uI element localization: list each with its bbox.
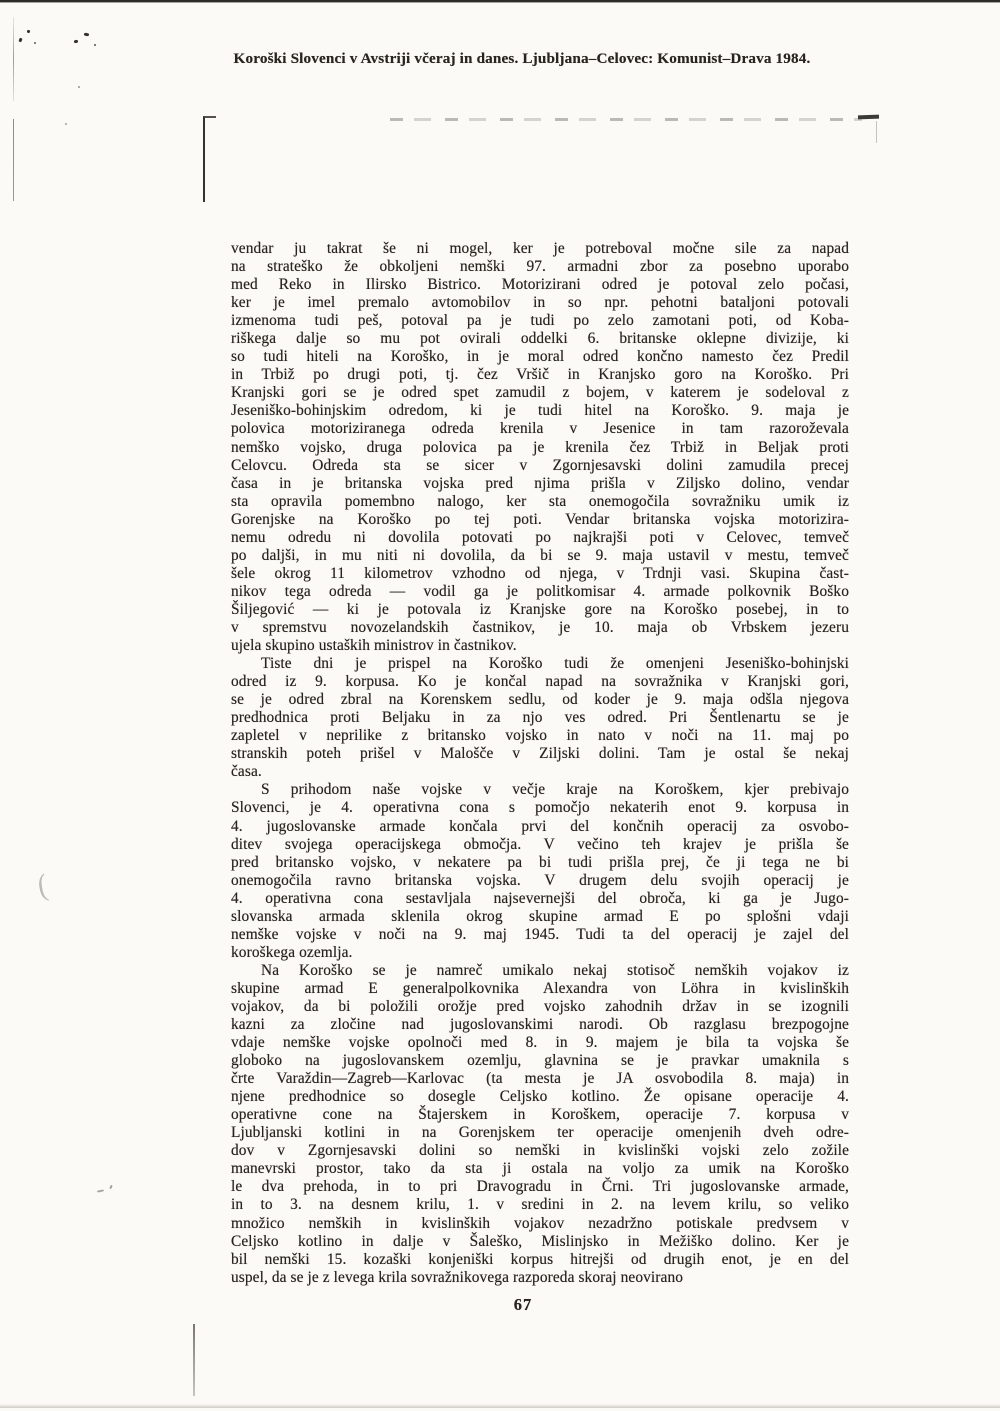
text-line: Celovcu. Odreda sta se sicer v Zgornjesa… <box>231 457 849 475</box>
left-margin-line-lower <box>13 119 14 201</box>
text-line: dov v Zgornjesavski dolini so nemški in … <box>231 1142 849 1160</box>
text-line: skupine armad E generalpolkovnika Alexan… <box>231 980 849 998</box>
text-line: predhodnica proti Beljaku in za njo ves … <box>231 709 849 727</box>
body-text: vendar ju takrat še ni mogel, ker je pot… <box>231 240 849 1287</box>
text-line: po daljši, in mu niti ni dovolila, da bi… <box>231 547 849 565</box>
text-line: vdaje nemške vojske opolnoči med 8. in 9… <box>231 1034 849 1052</box>
text-line: onemogočila ravno britanska vojska. V dr… <box>231 872 849 890</box>
ink-speck <box>74 40 79 44</box>
text-line: njene predhodnice so dosegle Celjsko kot… <box>231 1088 849 1106</box>
text-line: množico nemških in kvislinških vojakov n… <box>231 1215 849 1233</box>
ink-speck <box>65 123 67 125</box>
crease-end-tick <box>858 115 879 120</box>
text-line: na strateško že obkoljeni nemški 97. arm… <box>231 258 849 276</box>
ink-speck <box>84 33 89 37</box>
text-line: časa in je britanska vojska pred njima p… <box>231 475 849 493</box>
text-line: Gorenjske na Koroško po tej poti. Vendar… <box>231 511 849 529</box>
text-line: Šiljegović — ki je potovala iz Kranjske … <box>231 601 849 619</box>
scan-bottom-edge <box>0 1404 1000 1408</box>
ink-speck <box>27 30 30 33</box>
text-line: časa. <box>231 763 849 781</box>
text-line: koroškega ozemlja. <box>231 944 849 962</box>
bottom-margin-line <box>193 1324 195 1396</box>
text-line: izmenoma tudi peš, potoval pa je tudi po… <box>231 312 849 330</box>
text-line: nemške vojske v noči na 9. maj 1945. Tud… <box>231 926 849 944</box>
header-citation: Koroški Slovenci v Avstriji včeraj in da… <box>32 50 1000 68</box>
text-line: slovanska armada sklenila okrog skupine … <box>231 908 849 926</box>
ink-speck <box>18 38 22 43</box>
text-line: operativne cone na Štajerskem in Koroške… <box>231 1106 849 1124</box>
ink-speck <box>97 1189 104 1192</box>
text-line: uspel, da se je z levega krila sovražnik… <box>231 1269 849 1287</box>
ink-speck <box>34 42 36 44</box>
text-line: Jeseniško-bohinjskim odredom, ki je tudi… <box>231 402 849 420</box>
text-line: Kranjski gori se je odred spet zamudil z… <box>231 384 849 402</box>
text-line: vendar ju takrat še ni mogel, ker je pot… <box>231 240 849 258</box>
crease-dashed-line <box>390 118 862 121</box>
text-line: globoko na jugoslovanskem ozemlju, glavn… <box>231 1052 849 1070</box>
text-line: sta opravila pomembno nalogo, ker sta on… <box>231 493 849 511</box>
text-line: le dva prehoda, in to pri Dravogradu in … <box>231 1178 849 1196</box>
text-line: med Reko in Ilirsko Bistrico. Motorizira… <box>231 276 849 294</box>
text-line: zapletel v neprilike z britansko vojsko … <box>231 727 849 745</box>
ink-speck <box>109 1185 113 1189</box>
text-line: kazni za zločine nad jugoslovanskimi nar… <box>231 1016 849 1034</box>
text-line: in to 3. na desnem krilu, 1. v sredini i… <box>231 1196 849 1214</box>
text-line: se je odred zbral na Korenskem sedlu, od… <box>231 691 849 709</box>
text-line: so tudi hiteli na Koroško, in je moral o… <box>231 348 849 366</box>
text-line: Na Koroško se je namreč umikalo nekaj st… <box>231 962 849 980</box>
text-line: in Trbiž po drugi poti, tj. čez Vršič in… <box>231 366 849 384</box>
text-line: v spremstvu novozelandskih častnikov, je… <box>231 619 849 637</box>
text-line: polovica motoriziranega odreda krenila v… <box>231 420 849 438</box>
text-line: manevrski prostor, tako da sta ji ostala… <box>231 1160 849 1178</box>
text-line: 4. jugoslovanske armade končala prvi del… <box>231 818 849 836</box>
text-line: Tiste dni je prispel na Koroško tudi že … <box>231 655 849 673</box>
scanned-book-page: { "colors": { "paper": "#fbfaf6", "ink":… <box>0 0 1000 1411</box>
left-margin-line-upper <box>13 17 14 101</box>
text-line: ujela skupino ustaških ministrov in čast… <box>231 637 849 655</box>
corner-bracket-mark <box>203 116 216 202</box>
text-line: Ljubljanski kotlini in na Gorenjskem ter… <box>231 1124 849 1142</box>
page-number: 67 <box>500 1295 546 1315</box>
text-line: ditev svojega operacijskega območja. V v… <box>231 836 849 854</box>
crease-drip-mark <box>876 121 877 143</box>
text-line: 4. operativna cona sestavljala najsevern… <box>231 890 849 908</box>
text-line: Slovenci, je 4. operativna cona s pomočj… <box>231 799 849 817</box>
text-line: riškega dalje so mu pot ovirali oddelki … <box>231 330 849 348</box>
text-line: vojakov, da bi položili orožje pred vojs… <box>231 998 849 1016</box>
ink-speck <box>94 44 96 46</box>
text-line: S prihodom naše vojske v večje kraje na … <box>231 781 849 799</box>
text-line: ker je imel premalo avtomobilov in so np… <box>231 294 849 312</box>
ink-speck <box>78 86 80 88</box>
text-line: stranskih poteh prišel v Malošče v Ziljs… <box>231 745 849 763</box>
margin-paren-mark: ( <box>35 867 50 904</box>
text-line: šele okrog 11 kilometrov vzhodno od njeg… <box>231 565 849 583</box>
text-line: nemško vojsko, druga polovica pa je kren… <box>231 439 849 457</box>
text-line: črte Varaždin—Zagreb—Karlovac (ta mesta … <box>231 1070 849 1088</box>
text-line: bil nemški 15. kozaški konjeniški korpus… <box>231 1251 849 1269</box>
scan-top-edge <box>0 0 1000 3</box>
text-line: nemu odredu ni dovolila potovati po najk… <box>231 529 849 547</box>
text-line: Celjsko kotlino in dalje v Šaleško, Misl… <box>231 1233 849 1251</box>
text-line: pred britansko vojsko, v nekatere pa bi … <box>231 854 849 872</box>
text-line: nikov tega odreda — vodil ga je politkom… <box>231 583 849 601</box>
text-line: odred iz 9. korpusa. Ko je končal napad … <box>231 673 849 691</box>
